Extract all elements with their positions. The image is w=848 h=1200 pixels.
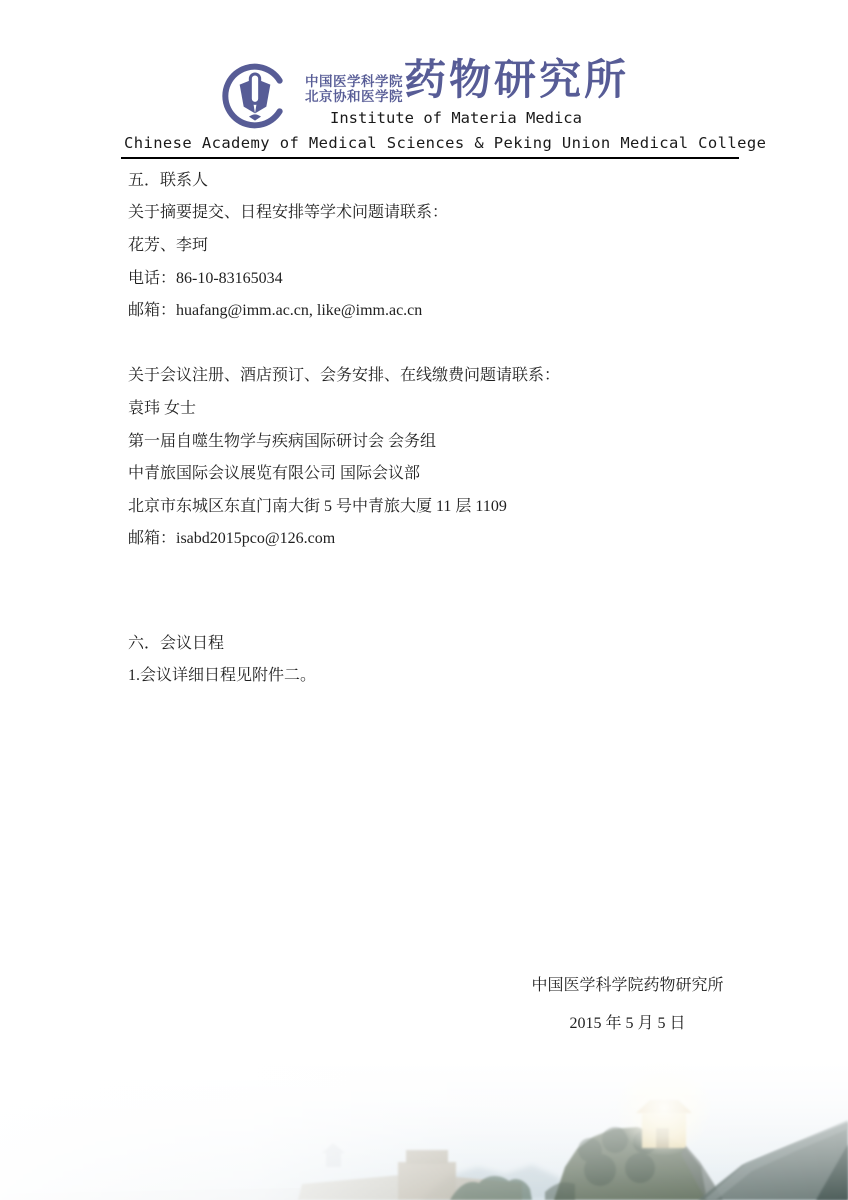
org-name-line1: 中国医学科学院 [305, 75, 403, 90]
signature-org: 中国医学科学院药物研究所 [440, 972, 815, 995]
institute-title-en: Institute of Materia Medica [156, 109, 756, 127]
signature-date: 2015 年 5 月 5 日 [440, 1010, 815, 1033]
paragraph-gap [128, 586, 740, 625]
org-name-line2: 北京协和医学院 [305, 90, 403, 105]
academic-contact-email: 邮箱：huafang@imm.ac.cn, like@imm.ac.cn [128, 292, 740, 325]
academic-contact-intro: 关于摘要提交、日程安排等学术问题请联系： [128, 195, 740, 228]
agenda-heading: 六．会议日程 [128, 625, 740, 658]
registration-email: 邮箱：isabd2015pco@126.com [128, 521, 740, 554]
contacts-heading: 五．联系人 [128, 162, 740, 195]
academic-contact-phone: 电话：86-10-83165034 [128, 260, 740, 293]
document-body: 五．联系人 关于摘要提交、日程安排等学术问题请联系： 花芳、李珂 电话：86-1… [128, 162, 740, 690]
org-name-cn: 中国医学科学院 北京协和医学院 [305, 75, 403, 104]
academic-contact-names: 花芳、李珂 [128, 227, 740, 260]
registration-company: 中青旅国际会议展览有限公司 国际会议部 [128, 455, 740, 488]
agenda-item: 1.会议详细日程见附件二。 [128, 657, 740, 690]
registration-address: 北京市东城区东直门南大街 5 号中青旅大厦 11 层 1109 [128, 488, 740, 521]
parent-org-en: Chinese Academy of Medical Sciences & Pe… [124, 134, 738, 152]
registration-committee: 第一届自噬生物学与疾病国际研讨会 会务组 [128, 423, 740, 456]
institute-title-cn: 药物研究所 [404, 56, 629, 104]
header-rule [121, 157, 739, 159]
great-wall-misty-landscape-icon [0, 1050, 848, 1200]
paragraph-gap [128, 325, 740, 358]
registration-contact-intro: 关于会议注册、酒店预订、会务安排、在线缴费问题请联系： [128, 358, 740, 391]
paragraph-gap [128, 553, 740, 586]
registration-contact-name: 袁玮 女士 [128, 390, 740, 423]
document-page: 中国医学科学院 北京协和医学院 药物研究所 Institute of Mater… [0, 0, 848, 1200]
